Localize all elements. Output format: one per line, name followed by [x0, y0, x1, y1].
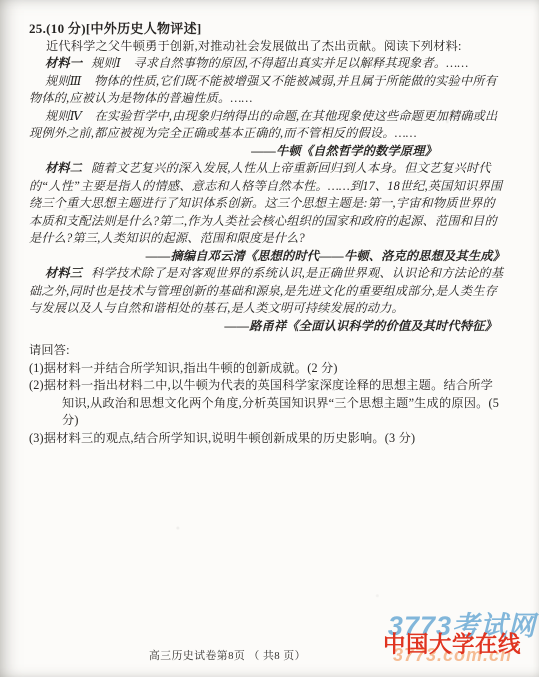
sub-question-2: (2)据材料一指出材料二中,以牛顿为代表的英国科学家深度诠释的思想主题。结合所学…: [29, 377, 505, 430]
topic-tag: [中外历史人物评述]: [86, 21, 202, 36]
scanned-exam-page: 25.(10 分)[中外历史人物评述] 近代科学之父牛顿勇于创新,对推动社会发展…: [0, 0, 539, 677]
material-1-label: 材料一: [45, 56, 82, 70]
material-3-source: ——路甬祥《全面认识科学的价值及其时代特征》: [29, 318, 505, 336]
material-1-rule-1: 规则Ⅰ 寻求自然事物的原因,不得超出真实并足以解释其现象者。……: [91, 56, 468, 70]
sub-question-3: (3)据材料三的观点,结合所学知识,说明牛顿创新成果的历史影响。(3 分): [29, 430, 505, 448]
material-1-source: ——牛顿《自然哲学的数学原理》: [29, 143, 505, 161]
material-3: 材料三科学技术除了是对客观世界的系统认识,是正确世界观、认识论和方法论的基础之外…: [29, 265, 505, 335]
question-header: 25.(10 分)[中外历史人物评述]: [29, 20, 505, 38]
question-number-and-score: 25.(10 分): [29, 21, 86, 36]
material-1-rule-3: 规则Ⅲ 物体的性质,它们既不能被增强又不能被减弱,并且属于所能做的实验中所有物体…: [29, 73, 505, 108]
intro-paragraph: 近代科学之父牛顿勇于创新,对推动社会发展做出了杰出贡献。阅读下列材料:: [29, 38, 505, 56]
answer-prompt: 请回答:: [29, 342, 505, 360]
material-2: 材料二随着文艺复兴的深入发展,人性从上帝重新回归到人本身。但文艺复兴时代的“人性…: [29, 160, 505, 265]
watermark-overlay-text: 中国大学在线: [383, 627, 521, 659]
material-3-text: 科学技术除了是对客观世界的系统认识,是正确世界观、认识论和方法论的基础之外,同时…: [29, 266, 503, 315]
material-2-source: ——摘编自邓云清《思想的时代——牛顿、洛克的思想及其生成》: [29, 248, 505, 266]
sub-question-1: (1)据材料一并结合所学知识,指出牛顿的创新成就。(2 分): [29, 360, 505, 378]
material-3-label: 材料三: [45, 266, 82, 280]
material-1: 材料一规则Ⅰ 寻求自然事物的原因,不得超出真实并足以解释其现象者。…… 规则Ⅲ …: [29, 55, 505, 160]
material-2-text: 随着文艺复兴的深入发展,人性从上帝重新回归到人本身。但文艺复兴时代的“人性”主要…: [29, 161, 502, 245]
material-2-label: 材料二: [45, 161, 82, 175]
question-block: 25.(10 分)[中外历史人物评述] 近代科学之父牛顿勇于创新,对推动社会发展…: [29, 20, 505, 447]
material-1-rule-4: 规则Ⅳ 在实验哲学中,由现象归纳得出的命题,在其他现象使这些命题更加精确或出现例…: [29, 108, 505, 143]
